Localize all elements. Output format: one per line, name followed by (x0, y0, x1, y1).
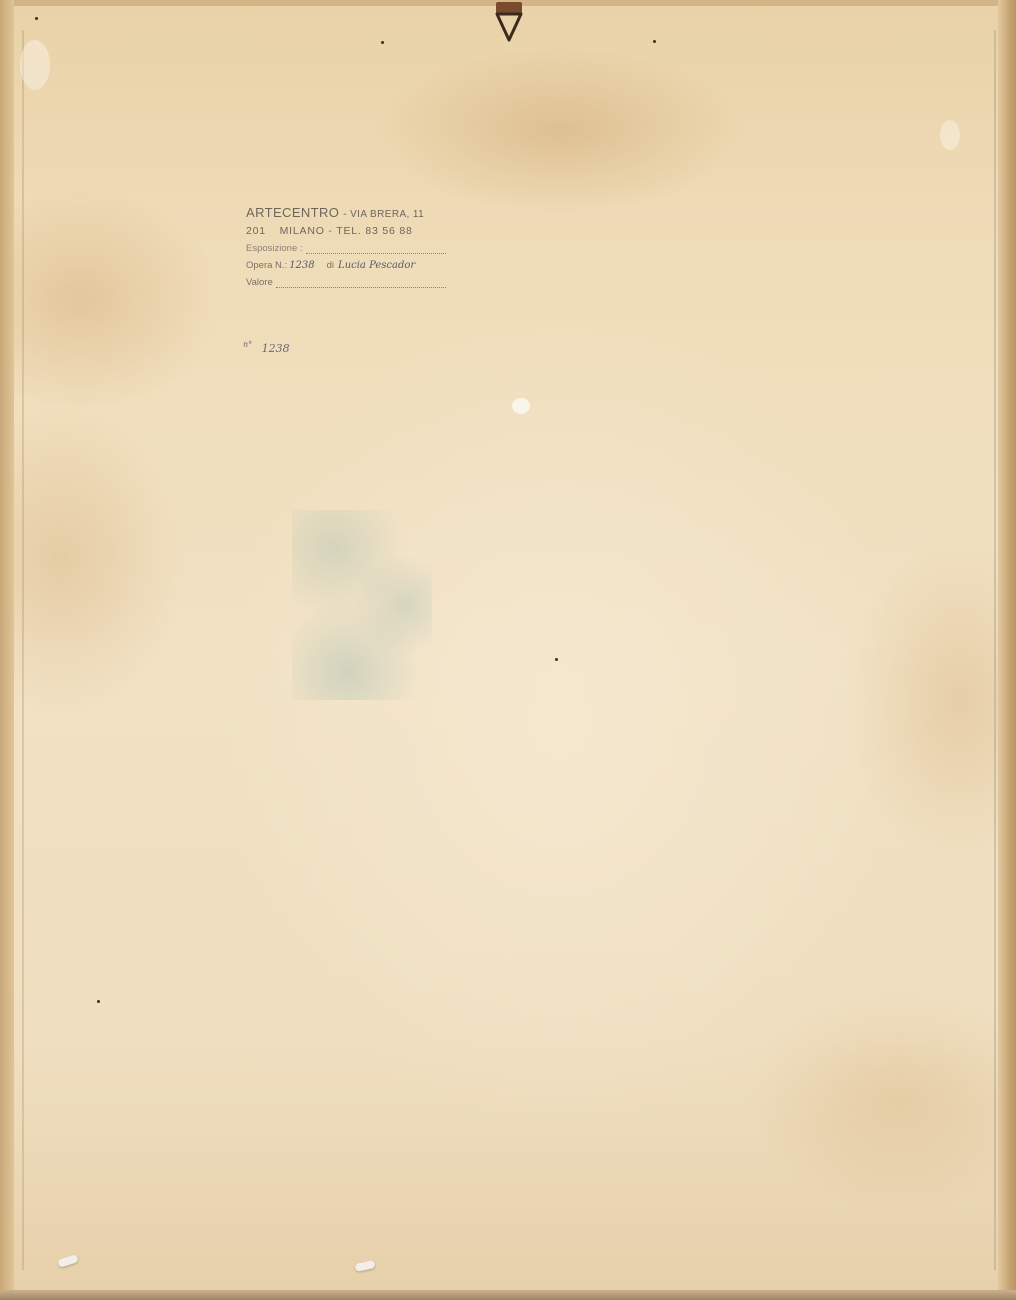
gallery-city-line: 201 MILANO - TEL. 83 56 88 (246, 225, 446, 237)
handwritten-inventory-note: n° 1238 (243, 340, 290, 355)
by-label: di (327, 260, 334, 271)
hanger-wire-icon (492, 8, 526, 44)
artist-name: Lucia Pescador (338, 260, 415, 271)
value-row: Valore (246, 277, 446, 288)
work-number: 1238 (289, 260, 314, 271)
postal-prefix: 201 (246, 225, 266, 237)
frame-edge-right (998, 0, 1016, 1300)
note-prefix: n° (243, 340, 252, 349)
paint-chip (940, 120, 960, 150)
gallery-name: ARTECENTRO (246, 205, 339, 220)
note-number: 1238 (262, 342, 290, 355)
city-phone: MILANO - TEL. 83 56 88 (280, 225, 413, 237)
artwork-backing-board (0, 0, 1016, 1300)
work-row: Opera N.: 1238 di Lucia Pescador (246, 260, 446, 271)
gallery-label: ARTECENTRO - VIA BRERA, 11 201 MILANO - … (246, 205, 446, 288)
frame-edge-bottom (0, 1290, 1016, 1300)
value-label: Valore (246, 277, 273, 288)
speck (35, 17, 38, 20)
board-crease-left (22, 30, 24, 1270)
speck (653, 40, 656, 43)
speck (555, 658, 558, 661)
triangle-hanger-icon (492, 2, 526, 44)
gallery-header: ARTECENTRO - VIA BRERA, 11 (246, 205, 446, 220)
work-label: Opera N.: (246, 260, 287, 271)
exhibition-label: Esposizione : (246, 243, 303, 254)
paint-chip (512, 398, 530, 414)
paint-chip (20, 40, 50, 90)
speck (381, 41, 384, 44)
ink-transfer-stain (292, 510, 432, 700)
exhibition-dotted-line (306, 245, 446, 254)
value-dotted-line (276, 279, 446, 288)
exhibition-row: Esposizione : (246, 243, 446, 254)
gallery-address: - VIA BRERA, 11 (343, 209, 424, 220)
frame-edge-left (0, 0, 14, 1300)
board-crease-right (994, 30, 996, 1270)
speck (97, 1000, 100, 1003)
